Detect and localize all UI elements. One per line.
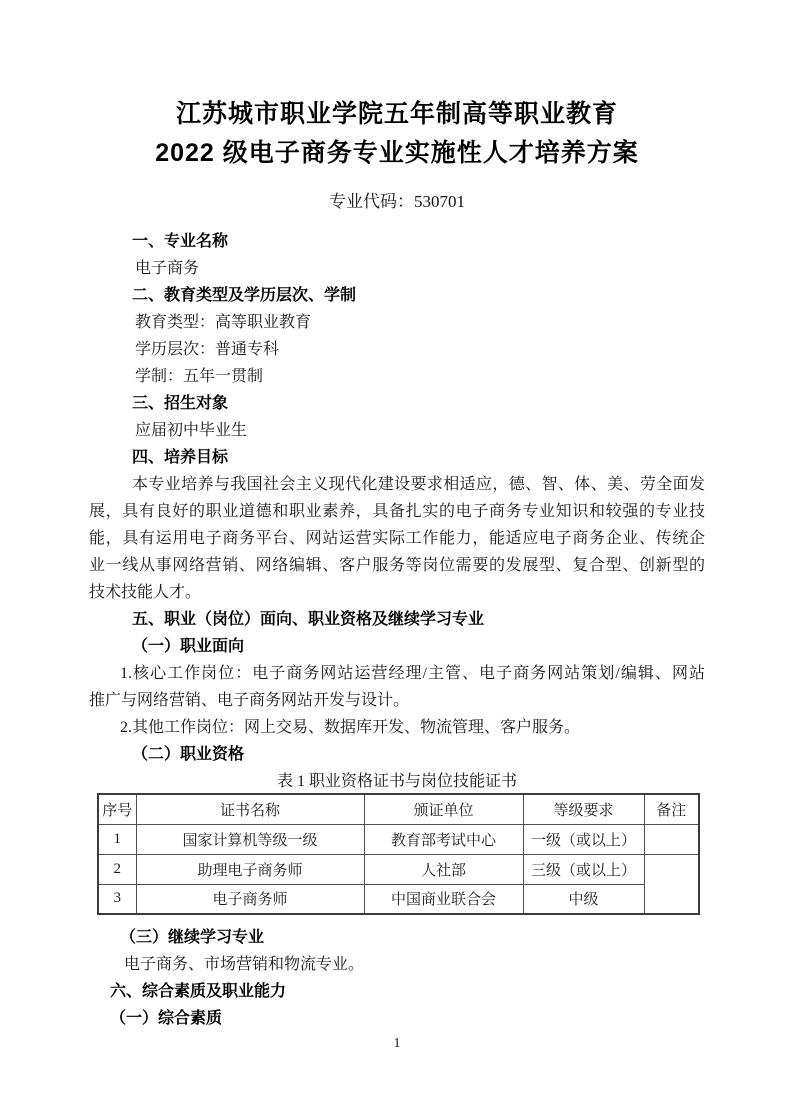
cell-level-requirement: 中级 [523, 884, 644, 914]
core-positions-line1: 1.核心工作岗位：电子商务网站运营经理/主管、电子商务网站策划/编辑、网站 [89, 660, 705, 687]
table-row: 2 助理电子商务师 人社部 三级（或以上） [98, 854, 699, 884]
table-row: 1 国家计算机等级一级 教育部考试中心 一级（或以上） [98, 824, 699, 854]
section-heading-2: 二、教育类型及学历层次、学制 [89, 282, 705, 309]
table-row: 3 电子商务师 中国商业联合会 中级 [98, 884, 699, 914]
subsection-vocational-qualification: （二）职业资格 [89, 741, 705, 768]
cell-level-requirement: 一级（或以上） [523, 824, 644, 854]
document-title-line1: 江苏城市职业学院五年制高等职业教育 [89, 98, 705, 130]
qualification-certificate-table: 序号 证书名称 颁证单位 等级要求 备注 1 国家计算机等级一级 教育部考试中心… [97, 793, 700, 915]
other-positions: 2.其他工作岗位：网上交易、数据库开发、物流管理、客户服务。 [89, 714, 705, 741]
major-code: 专业代码：530701 [89, 190, 705, 214]
column-header-index: 序号 [98, 794, 136, 824]
core-positions-line2: 推广与网络营销、电子商务网站开发与设计。 [89, 687, 705, 714]
schooling-length: 学制：五年一贯制 [89, 363, 705, 390]
page-number: 1 [0, 1036, 794, 1052]
section-heading-3: 三、招生对象 [89, 390, 705, 417]
cell-index: 1 [98, 824, 136, 854]
document-page: 江苏城市职业学院五年制高等职业教育 2022 级电子商务专业实施性人才培养方案 … [0, 0, 794, 1108]
cell-certificate-name: 电子商务师 [136, 884, 364, 914]
enrollment-target: 应届初中毕业生 [89, 417, 705, 444]
subsection-career-orientation: （一）职业面向 [89, 633, 705, 660]
training-objective-line4: 业一线从事网络营销、网络编辑、客户服务等岗位需要的发展型、复合型、创新型的 [89, 552, 705, 579]
cell-remarks-merged [644, 854, 699, 914]
table-header-row: 序号 证书名称 颁证单位 等级要求 备注 [98, 794, 699, 824]
cell-issuing-unit: 中国商业联合会 [364, 884, 523, 914]
cell-remarks [644, 824, 699, 854]
section-heading-6: 六、综合素质及职业能力 [89, 978, 705, 1005]
column-header-remarks: 备注 [644, 794, 699, 824]
document-body: 一、专业名称 电子商务 二、教育类型及学历层次、学制 教育类型：高等职业教育 学… [89, 228, 705, 1032]
subsection-comprehensive-quality: （一）综合素质 [89, 1005, 705, 1032]
column-header-level-requirement: 等级要求 [523, 794, 644, 824]
education-type: 教育类型：高等职业教育 [89, 309, 705, 336]
cell-level-requirement: 三级（或以上） [523, 854, 644, 884]
section-heading-5: 五、职业（岗位）面向、职业资格及继续学习专业 [89, 606, 705, 633]
column-header-certificate-name: 证书名称 [136, 794, 364, 824]
training-objective-line1: 本专业培养与我国社会主义现代化建设要求相适应，德、智、体、美、劳全面发 [89, 471, 705, 498]
training-objective-line5: 技术技能人才。 [89, 579, 705, 606]
degree-level: 学历层次：普通专科 [89, 336, 705, 363]
table-caption: 表 1 职业资格证书与岗位技能证书 [89, 771, 705, 793]
section-heading-1: 一、专业名称 [89, 228, 705, 255]
cell-index: 2 [98, 854, 136, 884]
training-objective-line3: 能，具有运用电子商务平台、网站运营实际工作能力，能适应电子商务企业、传统企 [89, 525, 705, 552]
cell-certificate-name: 国家计算机等级一级 [136, 824, 364, 854]
column-header-issuing-unit: 颁证单位 [364, 794, 523, 824]
subsection-continuing-study: （三）继续学习专业 [89, 924, 705, 951]
training-objective-line2: 展，具有良好的职业道德和职业素养，具备扎实的电子商务专业知识和较强的专业技 [89, 498, 705, 525]
continuing-study-majors: 电子商务、市场营销和物流专业。 [89, 951, 705, 978]
section-heading-4: 四、培养目标 [89, 444, 705, 471]
cell-issuing-unit: 人社部 [364, 854, 523, 884]
major-name: 电子商务 [89, 255, 705, 282]
cell-index: 3 [98, 884, 136, 914]
cell-certificate-name: 助理电子商务师 [136, 854, 364, 884]
cell-issuing-unit: 教育部考试中心 [364, 824, 523, 854]
document-title-line2: 2022 级电子商务专业实施性人才培养方案 [89, 137, 705, 169]
